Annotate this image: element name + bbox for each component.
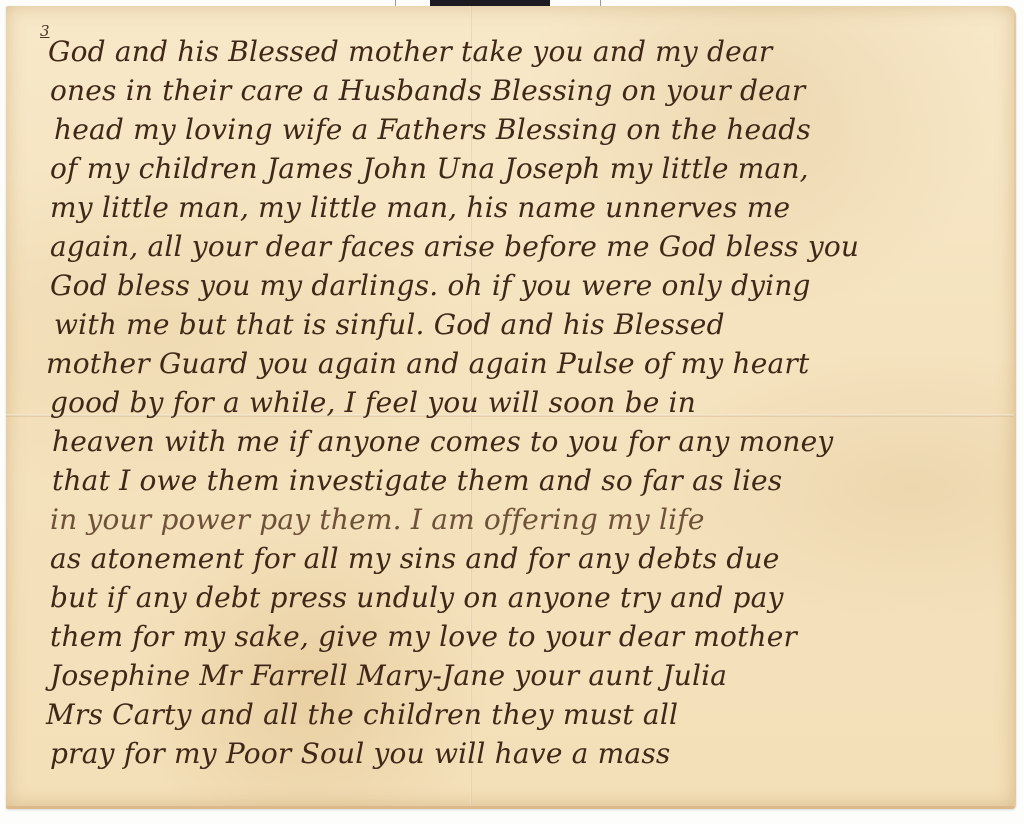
letter-line: God bless you my darlings. oh if you wer… [46,266,1006,305]
letter-line: ones in their care a Husbands Blessing o… [46,71,1006,110]
letter-line: pray for my Poor Soul you will have a ma… [46,734,1006,773]
letter-line: with me but that is sinful. God and his … [46,305,1006,344]
letter-line: mother Guard you again and again Pulse o… [46,344,1006,383]
scanned-letter-page: 3 God and his Blessed mother take you an… [0,0,1024,824]
letter-line: as atonement for all my sins and for any… [46,539,1006,578]
letter-line: my little man, my little man, his name u… [46,188,1006,227]
letter-line: them for my sake, give my love to your d… [46,617,1006,656]
letter-line: Josephine Mr Farrell Mary-Jane your aunt… [46,656,1006,695]
letter-line: again, all your dear faces arise before … [46,227,1006,266]
letter-line: that I owe them investigate them and so … [46,461,1006,500]
letter-line: heaven with me if anyone comes to you fo… [46,422,1006,461]
letter-line: good by for a while, I feel you will soo… [46,383,1006,422]
letter-line: but if any debt press unduly on anyone t… [46,578,1006,617]
letter-line: Mrs Carty and all the children they must… [46,695,1006,734]
letter-body: God and his Blessed mother take you and … [46,32,1006,773]
letter-line: God and his Blessed mother take you and … [46,32,1006,71]
letter-line: head my loving wife a Fathers Blessing o… [46,110,1006,149]
letter-line: in your power pay them. I am offering my… [46,500,1006,539]
letter-line: of my children James John Una Joseph my … [46,149,1006,188]
letter-paper: 3 God and his Blessed mother take you an… [6,6,1016,809]
